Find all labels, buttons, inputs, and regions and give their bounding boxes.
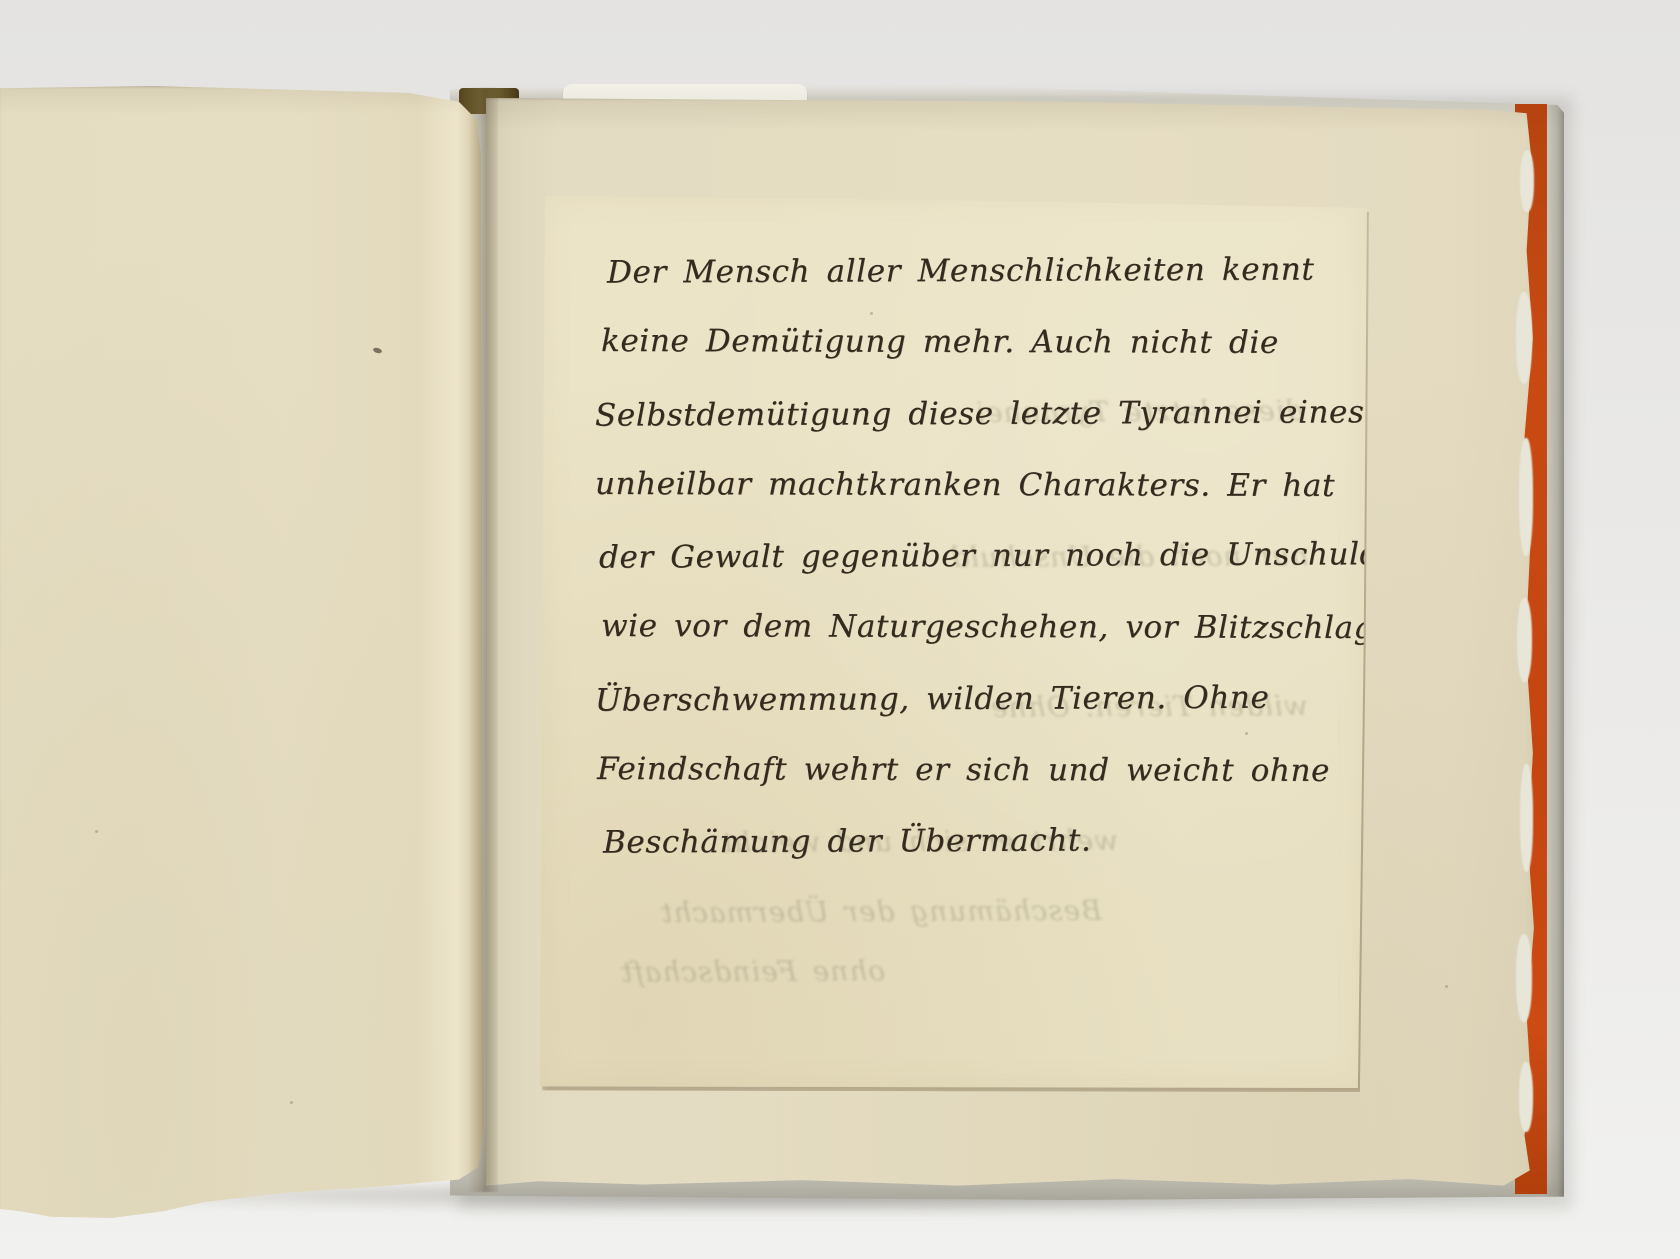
manuscript-sheet: diese letzte Tyrannei nur noch die Unsch… (540, 192, 1367, 1090)
show-through-text: Beschämung der Übermacht (660, 894, 1102, 929)
handwriting-line: wie vor dem Naturgeschehen, vor Blitzsch… (595, 591, 1353, 664)
deckle-wisp (1517, 598, 1532, 682)
handwriting-line: Der Mensch aller Menschlichkeiten kennt (595, 234, 1353, 309)
dust-speck (1445, 985, 1448, 988)
handwriting: Der Mensch aller Menschlichkeiten kennt … (595, 236, 1353, 878)
handwriting-line: Selbstdemütigung diese letzte Tyrannei e… (595, 377, 1353, 452)
deckle-wisp (1516, 934, 1532, 1022)
deckle-wisp (1519, 438, 1533, 556)
handwriting-line: Überschwemmung, wilden Tieren. Ohne (595, 662, 1353, 737)
deckle-wisp (1520, 764, 1533, 872)
photo-scene: diese letzte Tyrannei nur noch die Unsch… (0, 0, 1680, 1259)
dust-speck (95, 830, 98, 833)
handwriting-line: der Gewalt gegenüber nur noch die Unschu… (595, 520, 1353, 595)
handwriting-line: Beschämung der Übermacht. (595, 805, 1353, 880)
deckle-wisp (1520, 150, 1534, 212)
ink-speck (372, 347, 382, 355)
gutter-crease (468, 88, 498, 1192)
deckle-wisp (1519, 1062, 1533, 1132)
handwriting-line: keine Demütigung mehr. Auch nicht die (595, 306, 1353, 379)
handwriting-line: Feindschaft wehrt er sich und weicht ohn… (595, 734, 1353, 807)
show-through-text: ohne Feindschaft (620, 954, 885, 988)
dust-speck (290, 1101, 293, 1104)
deckle-wisp (1516, 292, 1532, 384)
left-page (0, 86, 510, 1218)
handwriting-line: unheilbar machtkranken Charakters. Er ha… (595, 449, 1353, 522)
